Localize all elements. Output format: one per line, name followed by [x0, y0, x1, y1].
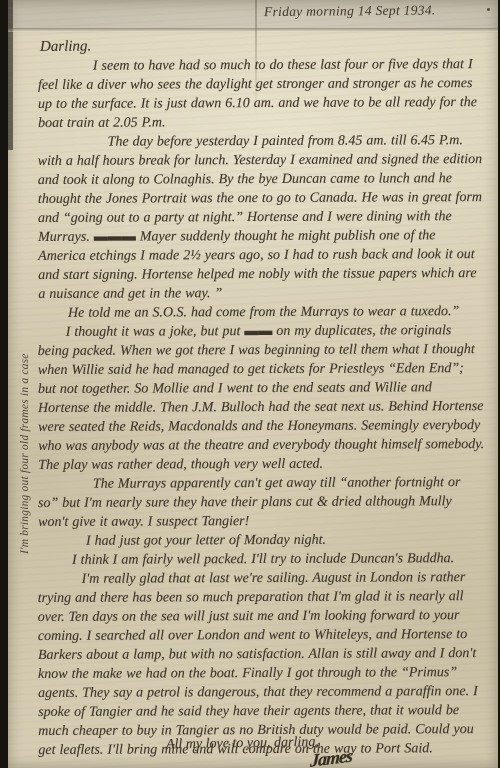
letter-scan: Friday morning 14 Sept 1934. I'm bringin… — [0, 0, 500, 768]
salutation: Darling. — [40, 34, 484, 57]
letter-paragraph: I'm really glad that at last we're saili… — [38, 568, 485, 760]
margin-note: I'm bringing out four old frames in a ca… — [18, 206, 32, 554]
date-line: Friday morning 14 Sept 1934. — [264, 2, 488, 20]
ink-dot — [487, 8, 490, 11]
letter-body: Darling. I seem to have had so much to d… — [38, 36, 484, 759]
letter-paper: Friday morning 14 Sept 1934. I'm bringin… — [8, 0, 498, 768]
letter-paragraph: I seem to have had so much to do these l… — [38, 55, 484, 133]
letter-paragraph: The day before yesterday I painted from … — [38, 131, 485, 304]
scan-edge-shadow — [8, 0, 13, 150]
valediction: All my love to you, darling, — [166, 734, 319, 755]
letter-paragraph: He told me an S.O.S. had come from the M… — [38, 302, 484, 323]
letter-paragraph: I had just got your letter of Monday nig… — [38, 530, 484, 551]
signature: James — [310, 745, 353, 768]
letter-paragraph: The Murrays apparently can't get away ti… — [38, 473, 484, 532]
letter-paragraph: I think I am fairly well packed. I'll tr… — [38, 549, 484, 570]
letter-paragraph: I thought it was a joke, but put ▬▬ on m… — [38, 321, 485, 475]
fold-crease-horizontal — [8, 28, 498, 32]
